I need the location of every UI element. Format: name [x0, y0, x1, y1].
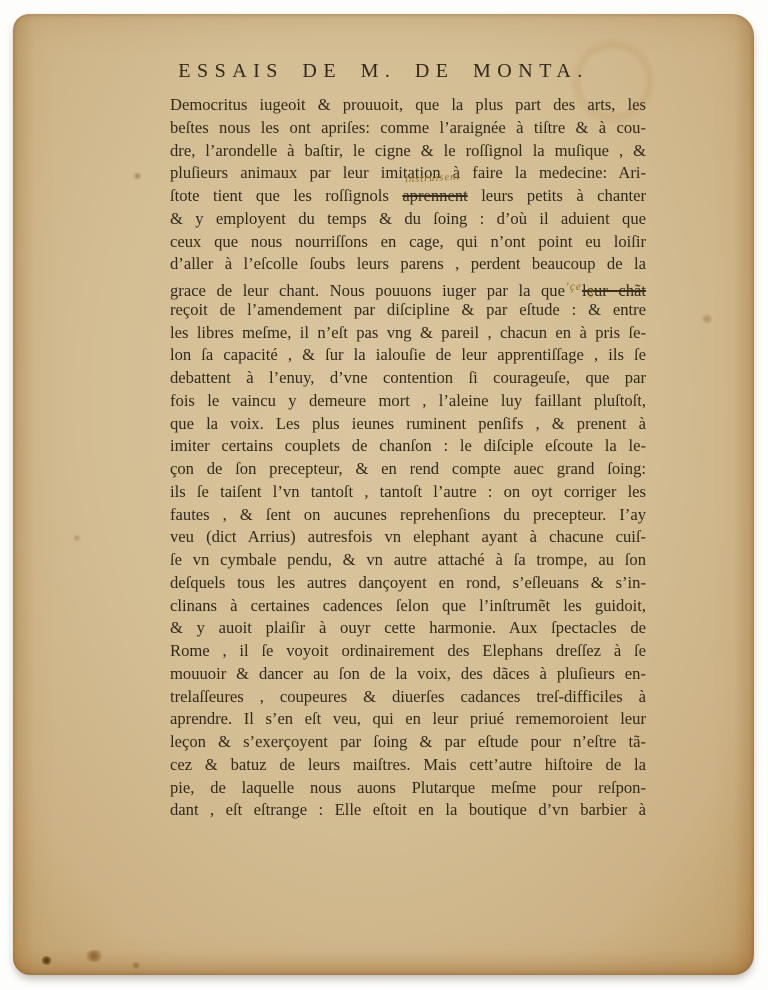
- text-line: dant , eſt eſtrange : Elle eſtoit en la …: [170, 799, 646, 822]
- text-line: Rome , il ſe voyoit ordinairement des El…: [170, 640, 646, 663]
- text-line: lon ſa capacité , & ſur la ialouſie de l…: [170, 344, 646, 367]
- text-line: grace de leur chant. Nous pouuons iuger …: [170, 276, 646, 299]
- text-line: que la voix. Les plus ieunes ruminent pe…: [170, 413, 646, 436]
- text-line: fautes , & ſent on aucunes reprehenſions…: [170, 504, 646, 527]
- text-line: ils ſe taiſent l’vn tantoſt , tantoſt l’…: [170, 481, 646, 504]
- text-line: beſtes nous les ont apriſes: comme l’ara…: [170, 117, 646, 140]
- printed-text: que la voix. Les plus ieunes ruminent pe…: [170, 414, 646, 433]
- text-line: reçoit de l’amendement par diſcipline & …: [170, 299, 646, 322]
- ink-stain: [85, 950, 103, 962]
- printed-text: trelaſſeures , coupeures & diuerſes cada…: [170, 687, 646, 706]
- printed-text: debattent à l’enuy, d’vne contention ſi …: [170, 368, 646, 387]
- text-line: mouuoir & dancer au ſon de la voix, des …: [170, 663, 646, 686]
- text-line: ſtote tient que les roſſignols aprennent…: [170, 185, 646, 208]
- text-line: aprendre. Il s’en eſt veu, qui en leur p…: [170, 708, 646, 731]
- printed-text: &: [588, 300, 601, 319]
- handwritten-superscript: ’çe: [565, 281, 582, 293]
- text-line: & y employent du temps & du ſoing : d’où…: [170, 208, 646, 231]
- annotated-text: aprennentinstruisent: [402, 186, 467, 205]
- text-line: & y auoit plaiſir à ouyr cette harmonie.…: [170, 617, 646, 640]
- printed-text: imiter certains couplets de chanſon : le…: [170, 436, 646, 455]
- text-line: ceux que nous nourriſſons en cage, qui n…: [170, 231, 646, 254]
- printed-text: entre: [601, 300, 646, 319]
- printed-text: pie, de laquelle nous auons Plutarque me…: [170, 778, 646, 797]
- text-lines: Democritus iugeoit & prouuoit, que la pl…: [170, 94, 646, 822]
- printed-text: clinans à certaines cadences ſelon que l…: [170, 596, 646, 615]
- printed-text: leçon & s’exerçoyent par ſoing & par eſt…: [170, 732, 646, 751]
- printed-text: dre, l’arondelle à baſtir, le cigne & le…: [170, 141, 646, 160]
- book-page: ESSAIS DE M. DE MONTA. Democritus iugeoi…: [13, 14, 754, 975]
- printed-text: fautes , & ſent on aucunes reprehenſions…: [170, 505, 646, 524]
- printed-text: deſquels tous les autres dançoyent en ro…: [170, 573, 646, 592]
- paper-stain: [701, 314, 713, 324]
- printed-text: lon ſa capacité , & ſur la ialouſie de l…: [170, 345, 646, 364]
- text-line: pie, de laquelle nous auons Plutarque me…: [170, 777, 646, 800]
- printed-text: grace de leur chant. Nous pouuons iuger …: [170, 281, 565, 300]
- printed-text: Democritus iugeoit & prouuoit, que la pl…: [170, 95, 646, 114]
- printed-text: dant , eſt eſtrange : Elle eſtoit en la …: [170, 800, 646, 819]
- text-line: deſquels tous les autres dançoyent en ro…: [170, 572, 646, 595]
- text-line: fois le vaincu y demeure mort , l’aleine…: [170, 390, 646, 413]
- printed-text: çon de ſon precepteur, & en rend compte …: [170, 459, 646, 478]
- text-line: clinans à certaines cadences ſelon que l…: [170, 595, 646, 618]
- ink-stain: [131, 962, 141, 969]
- printed-text: ſe vn cymbale pendu, & vn autre attaché …: [170, 550, 646, 569]
- struck-text: aprennent: [402, 186, 467, 205]
- printed-text: ils ſe taiſent l’vn tantoſt , tantoſt l’…: [170, 482, 646, 501]
- printed-text: ceux que nous nourriſſons en cage, qui n…: [170, 232, 646, 251]
- text-block: Democritus iugeoit & prouuoit, que la pl…: [170, 94, 646, 822]
- text-line: çon de ſon precepteur, & en rend compte …: [170, 458, 646, 481]
- text-line: Democritus iugeoit & prouuoit, que la pl…: [170, 94, 646, 117]
- paper-stain: [133, 172, 142, 180]
- printed-text: les libres meſme, il n’eſt pas vng & par…: [170, 323, 646, 342]
- printed-text: reçoit de l’amendement par diſcipline & …: [170, 300, 588, 319]
- printed-text: d’aller à l’eſcolle ſoubs leurs parens ,…: [170, 254, 646, 273]
- printed-text: mouuoir & dancer au ſon de la voix, des …: [170, 664, 646, 683]
- handwritten-annotation: ʒ: [588, 288, 594, 298]
- annotated-text: &ʒ: [588, 300, 601, 319]
- printed-text: veu (dict Arrius) autresfois vn elephant…: [170, 527, 646, 546]
- text-line: leçon & s’exerçoyent par ſoing & par eſt…: [170, 731, 646, 754]
- printed-text: fois le vaincu y demeure mort , l’aleine…: [170, 391, 646, 410]
- running-header: ESSAIS DE M. DE MONTA.: [13, 60, 754, 83]
- text-line: cez & batuz de leurs maiſtres. Mais cett…: [170, 754, 646, 777]
- printed-text: leurs petits à chanter: [468, 186, 646, 205]
- text-line: veu (dict Arrius) autresfois vn elephant…: [170, 526, 646, 549]
- text-line: imiter certains couplets de chanſon : le…: [170, 435, 646, 458]
- text-line: les libres meſme, il n’eſt pas vng & par…: [170, 322, 646, 345]
- printed-text: aprendre. Il s’en eſt veu, qui en leur p…: [170, 709, 646, 728]
- text-line: ſe vn cymbale pendu, & vn autre attaché …: [170, 549, 646, 572]
- printed-text: cez & batuz de leurs maiſtres. Mais cett…: [170, 755, 646, 774]
- text-line: dre, l’arondelle à baſtir, le cigne & le…: [170, 140, 646, 163]
- printed-text: beſtes nous les ont apriſes: comme l’ara…: [170, 118, 646, 137]
- printed-text: Rome , il ſe voyoit ordinairement des El…: [170, 641, 646, 660]
- printed-text: & y employent du temps & du ſoing : d’où…: [170, 209, 646, 228]
- text-line: trelaſſeures , coupeures & diuerſes cada…: [170, 686, 646, 709]
- printed-text: ſtote tient que les roſſignols: [170, 186, 402, 205]
- ink-stain: [41, 956, 52, 965]
- paper-stain: [73, 534, 81, 542]
- text-line: d’aller à l’eſcolle ſoubs leurs parens ,…: [170, 253, 646, 276]
- printed-text: & y auoit plaiſir à ouyr cette harmonie.…: [170, 618, 646, 637]
- text-line: debattent à l’enuy, d’vne contention ſi …: [170, 367, 646, 390]
